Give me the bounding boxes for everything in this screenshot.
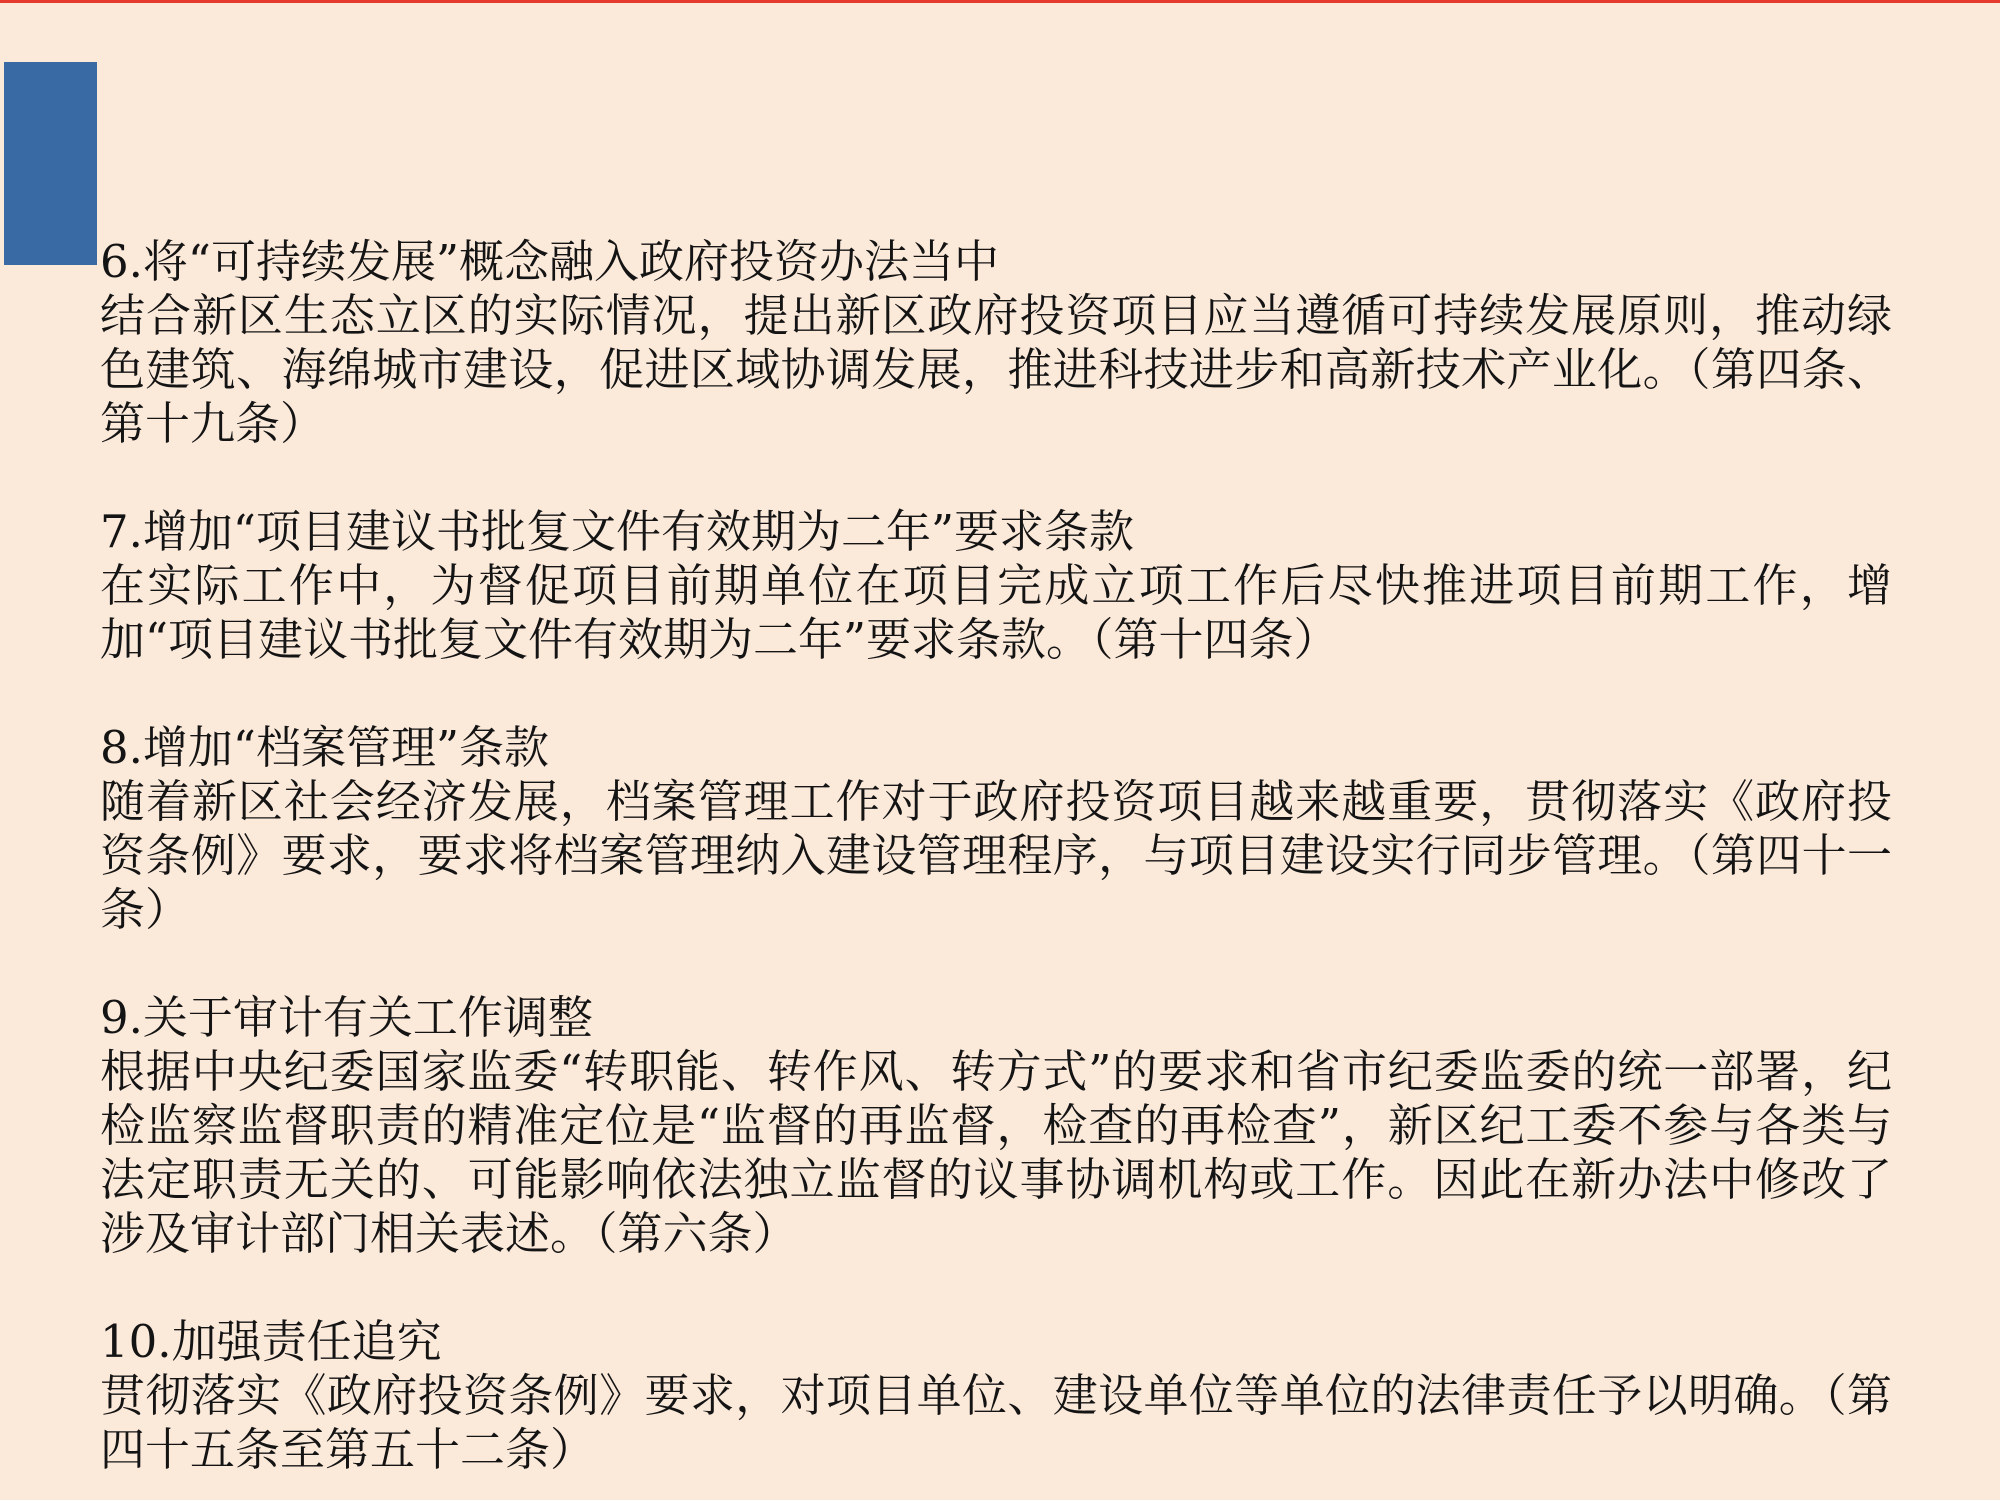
item-heading: 10.加强责任追究 (100, 1315, 1892, 1369)
item-body: 结合新区生态立区的实际情况，提出新区政府投资项目应当遵循可持续发展原则，推动绿色… (100, 289, 1892, 451)
list-item: 6.将“可持续发展”概念融入政府投资办法当中 结合新区生态立区的实际情况，提出新… (100, 235, 1892, 451)
list-item: 7.增加“项目建议书批复文件有效期为二年”要求条款 在实际工作中，为督促项目前期… (100, 505, 1892, 667)
item-body: 随着新区社会经济发展，档案管理工作对于政府投资项目越来越重要，贯彻落实《政府投资… (100, 775, 1892, 937)
item-body: 根据中央纪委国家监委“转职能、转作风、转方式”的要求和省市纪委监委的统一部署，纪… (100, 1045, 1892, 1261)
item-body: 在实际工作中，为督促项目前期单位在项目完成立项工作后尽快推进项目前期工作，增加“… (100, 559, 1892, 667)
revision-notes-list: 6.将“可持续发展”概念融入政府投资办法当中 结合新区生态立区的实际情况，提出新… (100, 235, 1892, 1477)
list-item: 10.加强责任追究 贯彻落实《政府投资条例》要求，对项目单位、建设单位等单位的法… (100, 1315, 1892, 1477)
item-heading: 8.增加“档案管理”条款 (100, 721, 1892, 775)
item-heading: 6.将“可持续发展”概念融入政府投资办法当中 (100, 235, 1892, 289)
top-edge-line (0, 0, 2000, 3)
item-heading: 7.增加“项目建议书批复文件有效期为二年”要求条款 (100, 505, 1892, 559)
accent-block (4, 62, 97, 265)
slide-page: 6.将“可持续发展”概念融入政府投资办法当中 结合新区生态立区的实际情况，提出新… (0, 0, 2000, 1500)
list-item: 8.增加“档案管理”条款 随着新区社会经济发展，档案管理工作对于政府投资项目越来… (100, 721, 1892, 937)
item-heading: 9.关于审计有关工作调整 (100, 991, 1892, 1045)
list-item: 9.关于审计有关工作调整 根据中央纪委国家监委“转职能、转作风、转方式”的要求和… (100, 991, 1892, 1261)
item-body: 贯彻落实《政府投资条例》要求，对项目单位、建设单位等单位的法律责任予以明确。（第… (100, 1369, 1892, 1477)
